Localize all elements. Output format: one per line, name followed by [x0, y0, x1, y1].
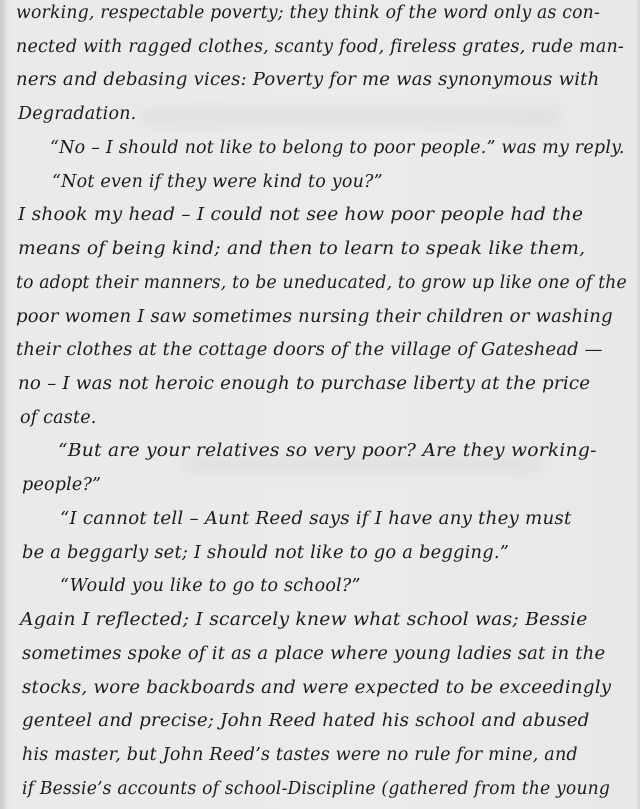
- manuscript-line-24: if Bessie’s accounts of school-Disciplin…: [22, 779, 610, 799]
- manuscript-line-4: Degradation.: [18, 104, 136, 124]
- manuscript-line-3: ners and debasing vices: Poverty for me …: [16, 70, 599, 90]
- manuscript-line-10: poor women I saw sometimes nursing their…: [16, 307, 613, 327]
- ink-show-through: [140, 108, 560, 126]
- manuscript-line-16: “I cannot tell – Aunt Reed says if I hav…: [60, 509, 572, 529]
- manuscript-page: working, respectable poverty; they think…: [0, 0, 640, 809]
- manuscript-line-20: sometimes spoke of it as a place where y…: [22, 644, 605, 664]
- manuscript-line-5: “No – I should not like to belong to poo…: [50, 138, 625, 158]
- manuscript-line-7: I shook my head – I could not see how po…: [18, 205, 583, 225]
- manuscript-line-19: Again I reflected; I scarcely knew what …: [20, 610, 588, 630]
- manuscript-line-12: no – I was not heroic enough to purchase…: [18, 374, 590, 394]
- manuscript-line-21: stocks, wore backboards and were expecte…: [22, 678, 611, 698]
- manuscript-line-18: “Would you like to go to school?”: [60, 576, 361, 596]
- manuscript-line-2: nected with ragged clothes, scanty food,…: [16, 37, 624, 57]
- manuscript-line-13: of caste.: [20, 408, 97, 428]
- manuscript-line-14: “But are your relatives so very poor? Ar…: [58, 441, 597, 461]
- manuscript-line-15: people?”: [22, 475, 101, 495]
- manuscript-line-11: their clothes at the cottage doors of th…: [16, 340, 603, 360]
- page-binding-edge: [0, 0, 6, 809]
- manuscript-line-22: genteel and precise; John Reed hated his…: [22, 711, 590, 731]
- manuscript-line-23: his master, but John Reed’s tastes were …: [22, 745, 578, 765]
- manuscript-line-9: to adopt their manners, to be uneducated…: [16, 273, 627, 293]
- manuscript-line-1: working, respectable poverty; they think…: [16, 3, 600, 23]
- page-right-edge: [636, 0, 640, 809]
- manuscript-line-17: be a beggarly set; I should not like to …: [22, 543, 509, 563]
- manuscript-line-8: means of being kind; and then to learn t…: [18, 239, 585, 259]
- manuscript-line-6: “Not even if they were kind to you?”: [52, 172, 383, 192]
